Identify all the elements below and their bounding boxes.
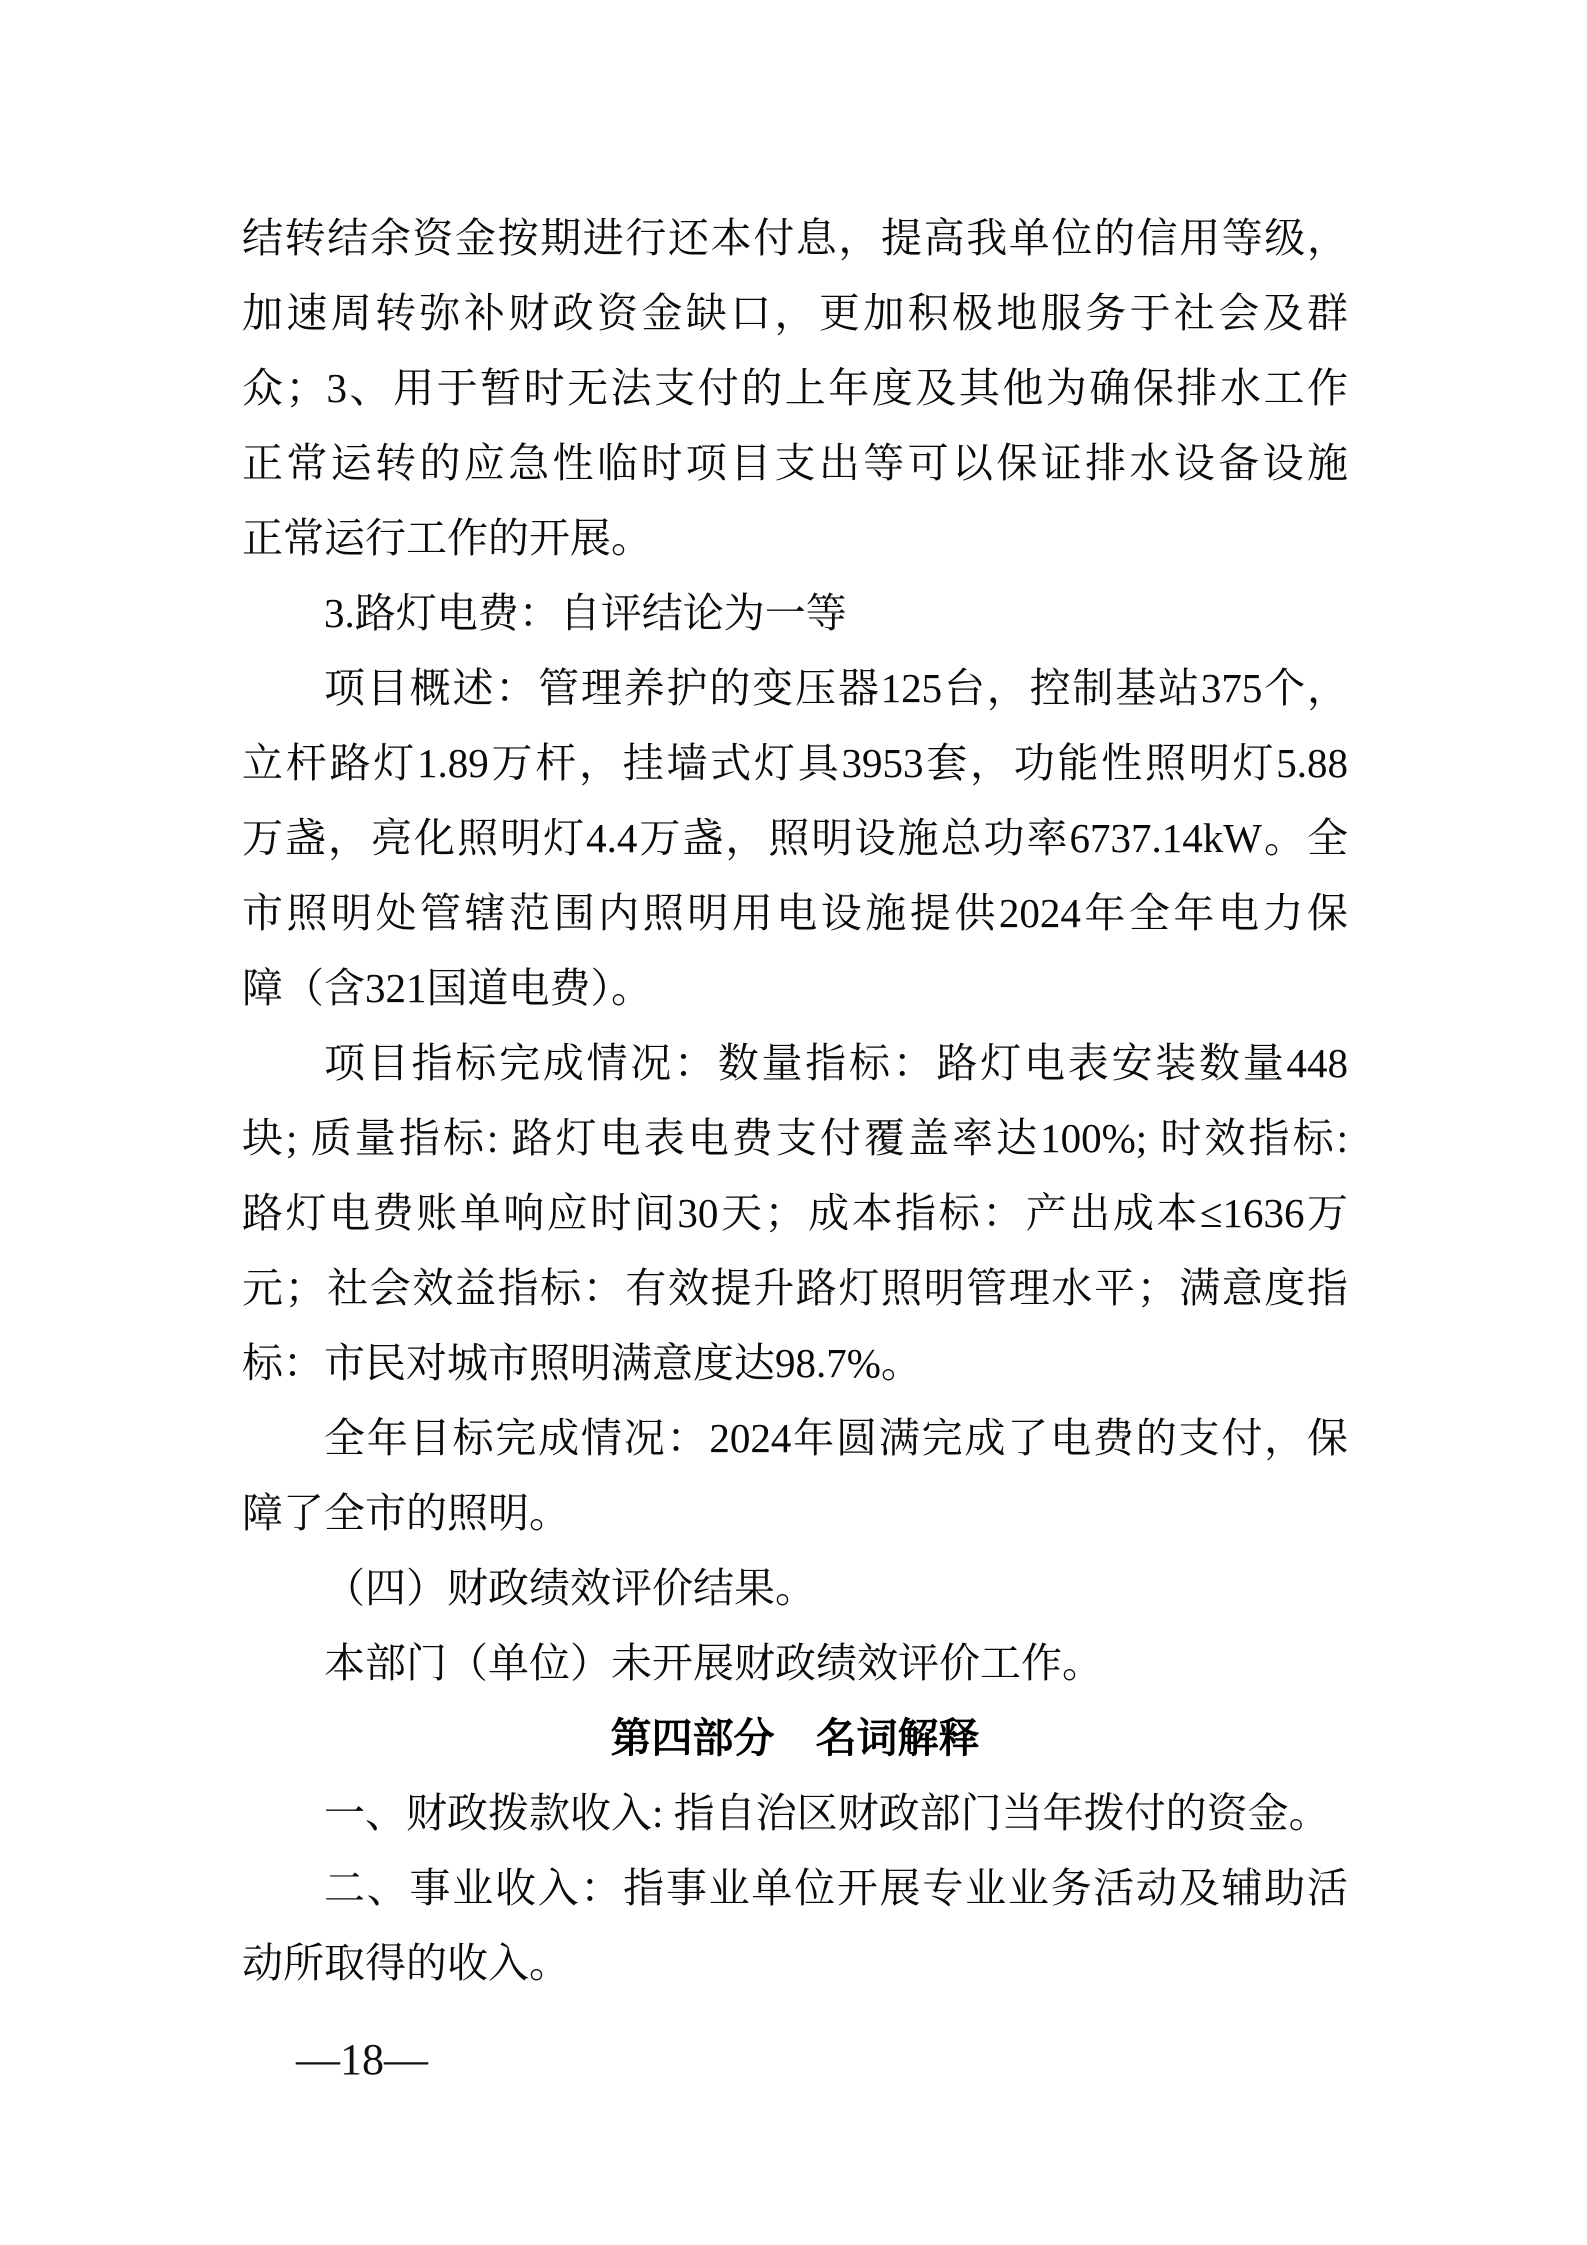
text-line: 障了全市的照明。 [242,1476,1348,1551]
text-line: 项目概述：管理养护的变压器125台，控制基站375个， [242,651,1348,726]
text-line: 3.路灯电费：自评结论为一等 [242,576,1348,651]
text-line: 一、财政拨款收入: 指自治区财政部门当年拨付的资金。 [242,1776,1348,1851]
text-line: 正常运转的应急性临时项目支出等可以保证排水设备设施 [242,426,1348,501]
text-line: 标：市民对城市照明满意度达98.7%。 [242,1326,1348,1401]
text-line: 立杆路灯1.89万杆，挂墙式灯具3953套，功能性照明灯5.88 [242,726,1348,801]
document-page: 结转结余资金按期进行还本付息，提高我单位的信用等级，加速周转弥补财政资金缺口，更… [0,0,1587,2245]
text-line: 块; 质量指标: 路灯电表电费支付覆盖率达100%; 时效指标: [242,1101,1348,1176]
text-line: 加速周转弥补财政资金缺口，更加积极地服务于社会及群 [242,276,1348,351]
text-line: 动所取得的收入。 [242,1926,1348,2001]
text-line: 市照明处管辖范围内照明用电设施提供2024年全年电力保 [242,876,1348,951]
page-number: —18— [296,2038,428,2082]
text-line: 本部门（单位）未开展财政绩效评价工作。 [242,1626,1348,1701]
text-line: 全年目标完成情况：2024年圆满完成了电费的支付，保 [242,1401,1348,1476]
text-line: 正常运行工作的开展。 [242,501,1348,576]
text-line: 二、事业收入：指事业单位开展专业业务活动及辅助活 [242,1851,1348,1926]
text-line: 项目指标完成情况：数量指标：路灯电表安装数量448 [242,1026,1348,1101]
text-line: 万盏，亮化照明灯4.4万盏，照明设施总功率6737.14kW。全 [242,801,1348,876]
text-line: 障（含321国道电费）。 [242,951,1348,1026]
section-heading: 第四部分 名词解释 [242,1701,1348,1776]
text-line: 众；3、用于暂时无法支付的上年度及其他为确保排水工作 [242,351,1348,426]
text-line: 结转结余资金按期进行还本付息，提高我单位的信用等级， [242,201,1348,276]
text-line: （四）财政绩效评价结果。 [242,1551,1348,1626]
text-line: 路灯电费账单响应时间30天；成本指标：产出成本≤1636万 [242,1176,1348,1251]
text-line: 元；社会效益指标：有效提升路灯照明管理水平；满意度指 [242,1251,1348,1326]
document-body: 结转结余资金按期进行还本付息，提高我单位的信用等级，加速周转弥补财政资金缺口，更… [242,201,1348,2001]
